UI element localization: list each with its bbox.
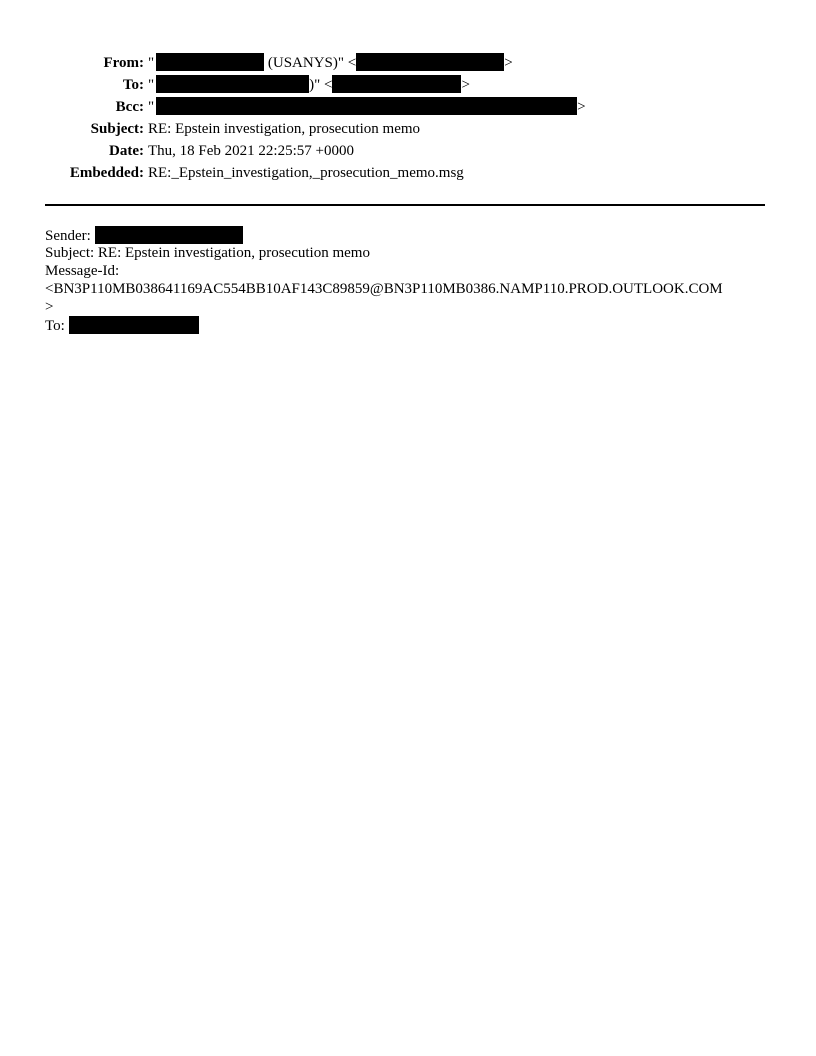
- to-sep: )" <: [309, 77, 332, 93]
- header-row-bcc: Bcc: ">: [0, 96, 816, 118]
- header-row-embedded: Embedded: RE:_Epstein_investigation,_pro…: [0, 162, 816, 184]
- to-close: >: [461, 77, 469, 93]
- redacted-bcc: [156, 97, 577, 115]
- subject-label: Subject:: [4, 118, 144, 140]
- embedded-message-details: Sender: Subject: RE: Epstein investigati…: [45, 226, 723, 334]
- header-row-date: Date: Thu, 18 Feb 2021 22:25:57 +0000: [0, 140, 816, 162]
- header-row-to: To: ")" <>: [0, 74, 816, 96]
- embedded-value: RE:_Epstein_investigation,_prosecution_m…: [148, 162, 464, 184]
- redacted-to: [69, 316, 199, 334]
- date-label: Date:: [4, 140, 144, 162]
- header-row-subject: Subject: RE: Epstein investigation, pros…: [0, 118, 816, 140]
- bcc-label: Bcc:: [4, 96, 144, 118]
- body-to-line: To:: [45, 316, 723, 334]
- redacted-from-name: [156, 53, 264, 71]
- bcc-value: ">: [148, 96, 586, 118]
- from-value: " (USANYS)" <>: [148, 52, 513, 74]
- bcc-close: >: [577, 99, 585, 115]
- subject-value: RE: Epstein investigation, prosecution m…: [148, 118, 420, 140]
- to-value: ")" <>: [148, 74, 470, 96]
- horizontal-divider: [45, 204, 765, 206]
- from-close: >: [504, 55, 512, 71]
- email-header: From: " (USANYS)" <> To: ")" <> Bcc: "> …: [0, 52, 816, 184]
- to-label: To:: [4, 74, 144, 96]
- sender-label: Sender:: [45, 228, 95, 244]
- header-row-from: From: " (USANYS)" <>: [0, 52, 816, 74]
- redacted-to-email: [332, 75, 461, 93]
- embedded-label: Embedded:: [4, 162, 144, 184]
- from-label: From:: [4, 52, 144, 74]
- redacted-to-name: [156, 75, 309, 93]
- to-quote: ": [148, 77, 154, 93]
- sender-line: Sender:: [45, 226, 723, 244]
- body-to-label: To:: [45, 318, 69, 334]
- bcc-quote: ": [148, 99, 154, 115]
- body-subject-line: Subject: RE: Epstein investigation, pros…: [45, 244, 723, 262]
- message-id-value: <BN3P110MB038641169AC554BB10AF143C89859@…: [45, 280, 723, 298]
- from-quote: ": [148, 55, 154, 71]
- message-id-close: >: [45, 298, 723, 316]
- message-id-label: Message-Id:: [45, 262, 723, 280]
- redacted-from-email: [356, 53, 504, 71]
- from-org: (USANYS)" <: [264, 55, 356, 71]
- redacted-sender: [95, 226, 243, 244]
- date-value: Thu, 18 Feb 2021 22:25:57 +0000: [148, 140, 354, 162]
